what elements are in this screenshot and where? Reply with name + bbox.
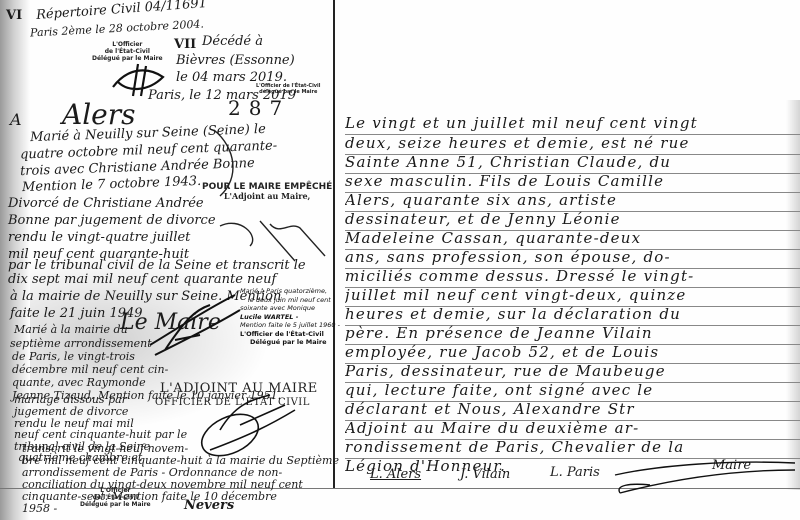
marriage-note-2: Marié à Paris quatorzième, le deux juin … [240, 287, 340, 347]
stamp-line: délégué par le Maire [256, 90, 321, 96]
margin-letter: A [10, 110, 22, 129]
note-line: de Paris, le vingt-trois [12, 350, 135, 363]
officer-stamp-top: L'Officier de l'État-Civil Délégué par l… [92, 42, 163, 63]
roman-numeral: VII [174, 37, 196, 52]
signature-vilain: J. Vilain [460, 467, 510, 482]
note-line: Délégué par le Maire [240, 338, 340, 347]
margin-divider-line [333, 0, 335, 488]
note-line: Lucile WARTEL - [240, 313, 340, 322]
note-line: L'Officier de l'État-Civil [240, 330, 340, 339]
stamp-line: Délégué par le Maire [80, 502, 151, 509]
signature-alers: L. Alers [370, 467, 421, 482]
record-line: Le vingt et un juillet mil neuf cent vin… [345, 113, 800, 135]
signature-bottom: Nevers [184, 498, 234, 513]
signature-scribble [108, 62, 178, 98]
entry-number: 287 [228, 96, 290, 120]
scanned-register-page: VI Répertoire Civil 04/11691 Paris 2ème … [0, 0, 800, 520]
bracket-mark [206, 128, 246, 198]
death-line-1: Décédé à [202, 34, 263, 49]
note-line: Marié à la mairie du [14, 323, 128, 336]
note-line: quante, avec Raymonde [12, 376, 146, 389]
note-line: décembre mil neuf cent cin- [12, 363, 168, 376]
roman-numeral: VI [6, 8, 22, 23]
signature-scribble [200, 216, 330, 276]
note-line: soixante avec Monique [240, 304, 340, 313]
note-line: Bonne par jugement de divorce [8, 213, 216, 228]
note-line: Marié à Paris quatorzième, [240, 287, 340, 296]
officer-stamp-tiny: L'Officier de l'État-Civil délégué par l… [256, 84, 321, 96]
signature-scribble [145, 290, 245, 360]
officer-stamp-bottom: L'Officier de l'État-Civil Délégué par l… [80, 488, 151, 509]
note-line: rendu le vingt-quatre juillet [8, 230, 190, 245]
signature-paris: L. Paris [550, 465, 600, 480]
note-line: le deux juin mil neuf cent [240, 296, 340, 305]
note-line: Divorcé de Christiane Andrée [8, 196, 204, 211]
signature-flourish [610, 455, 800, 500]
death-place: Bièvres (Essonne) [176, 53, 295, 68]
note-line: septième arrondissement [10, 337, 152, 350]
note-line: 1958 - [22, 502, 57, 515]
note-line: Mention faite le 5 juillet 1960 - [240, 321, 340, 330]
